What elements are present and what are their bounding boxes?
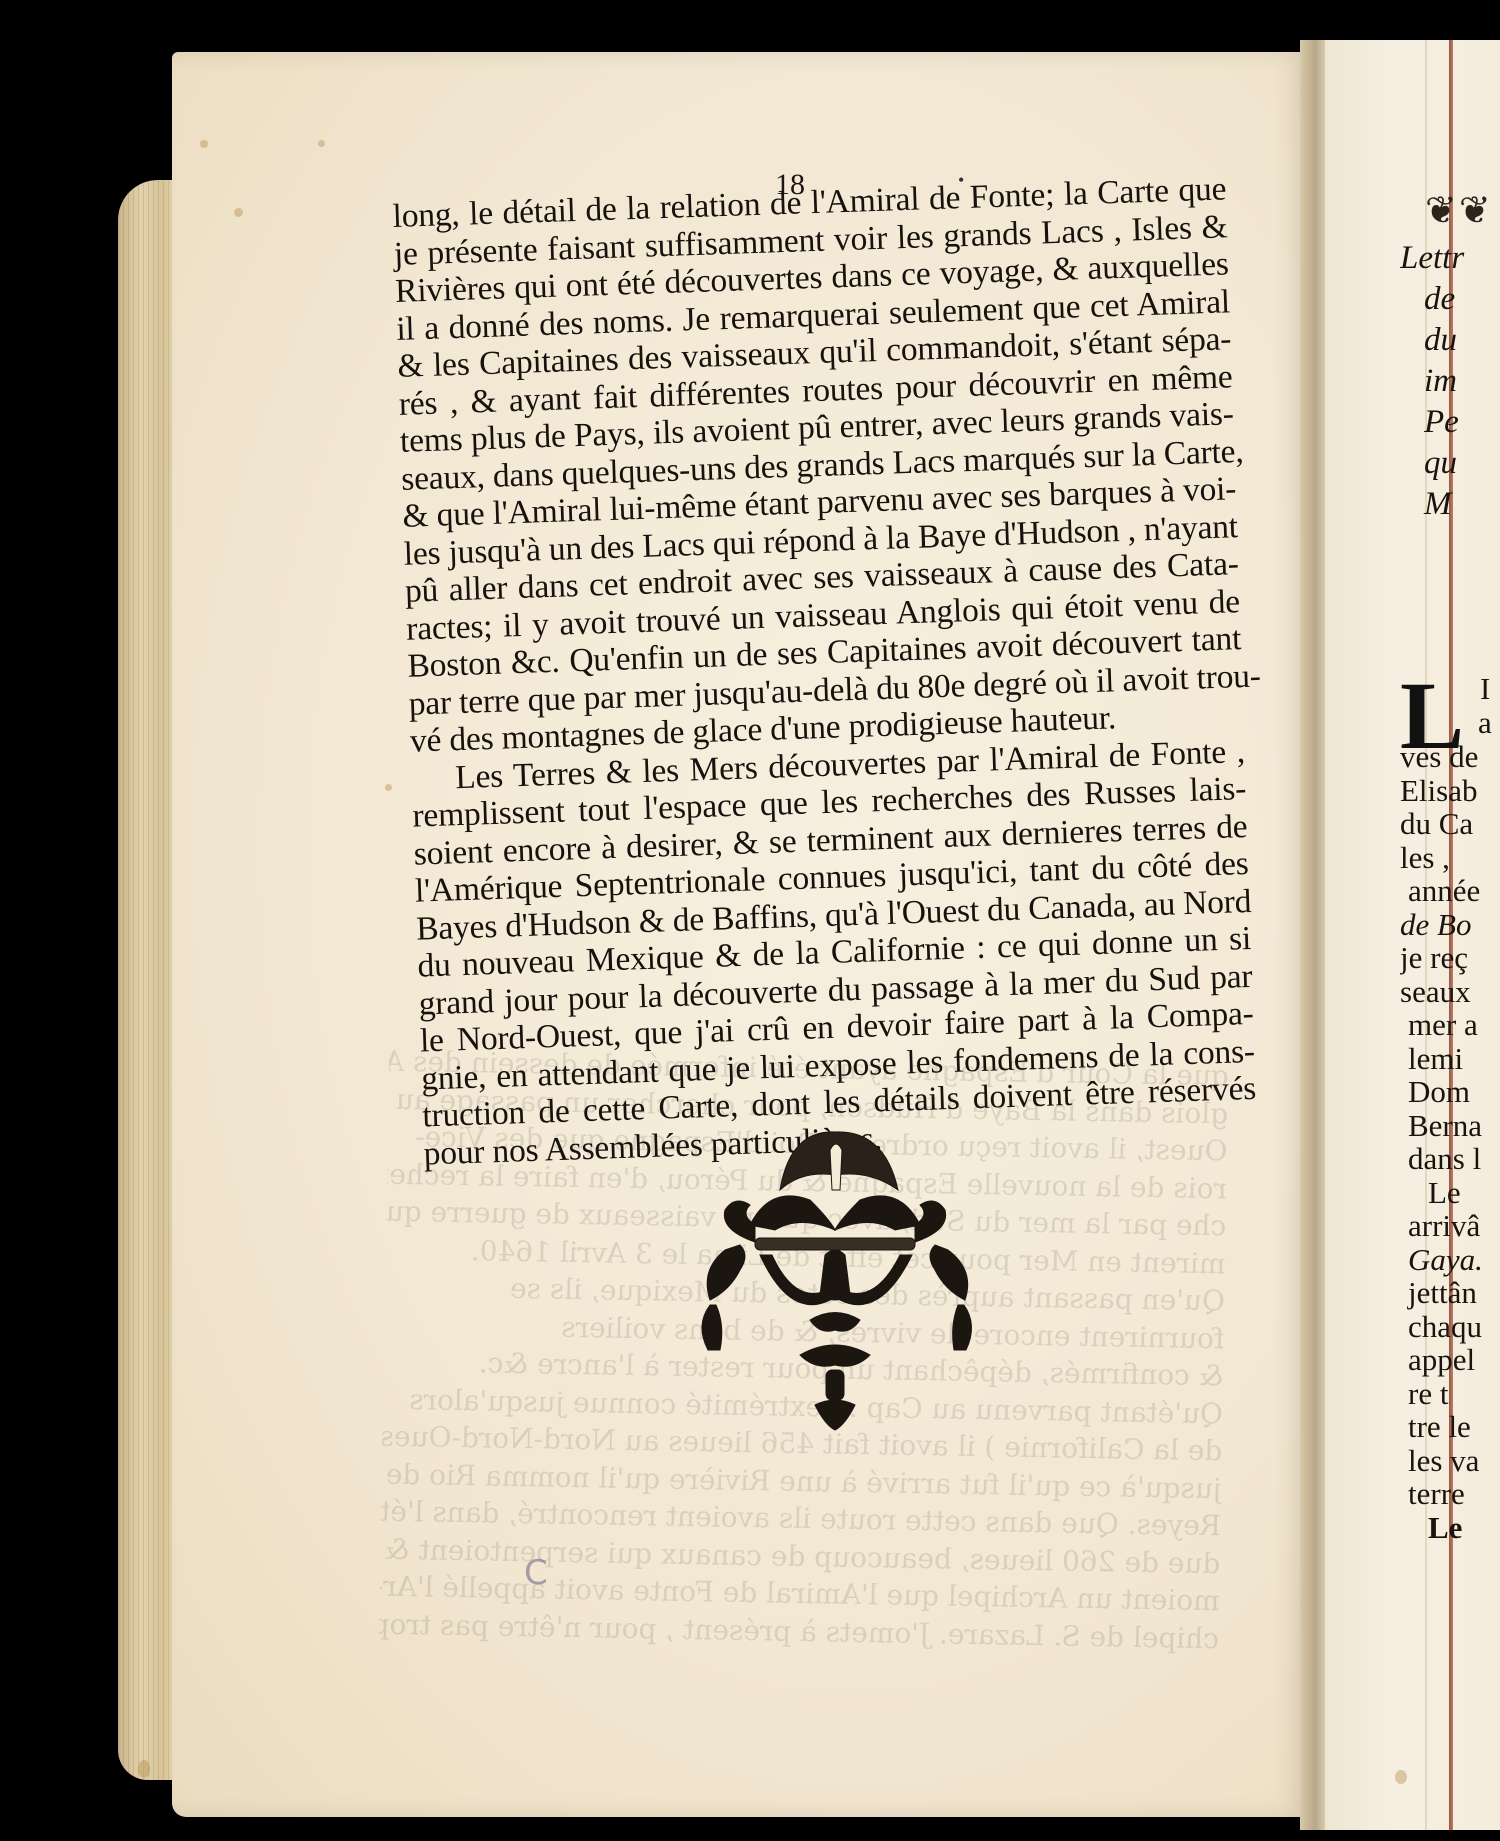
pencil-mark: C bbox=[524, 1553, 548, 1593]
foxing-stain bbox=[318, 140, 325, 147]
fleuron-ornament-icon: ❦❦ bbox=[1425, 188, 1493, 233]
right-page-fragment: I bbox=[1480, 672, 1500, 706]
right-page-italic-heading: Lettr de du im Pe qu M bbox=[1400, 238, 1500, 525]
foxing-stain bbox=[1395, 1770, 1407, 1784]
tailpiece-ornament-icon bbox=[680, 1130, 990, 1470]
foxing-stain bbox=[200, 140, 208, 148]
foxing-stain bbox=[138, 1760, 150, 1778]
paragraph-2: Les Terres & les Mers découvertes par l'… bbox=[411, 733, 1258, 1173]
right-page-fragment: a bbox=[1478, 706, 1500, 740]
foxing-stain bbox=[234, 208, 243, 217]
paragraph-1: long, le détail de la relation de l'Amir… bbox=[392, 170, 1244, 760]
body-text: long, le détail de la relation de l'Amir… bbox=[392, 170, 1258, 1172]
foxing-stain bbox=[385, 784, 392, 791]
right-page-body: ves de Elisab du Ca les , année de Bo je… bbox=[1400, 740, 1500, 1544]
